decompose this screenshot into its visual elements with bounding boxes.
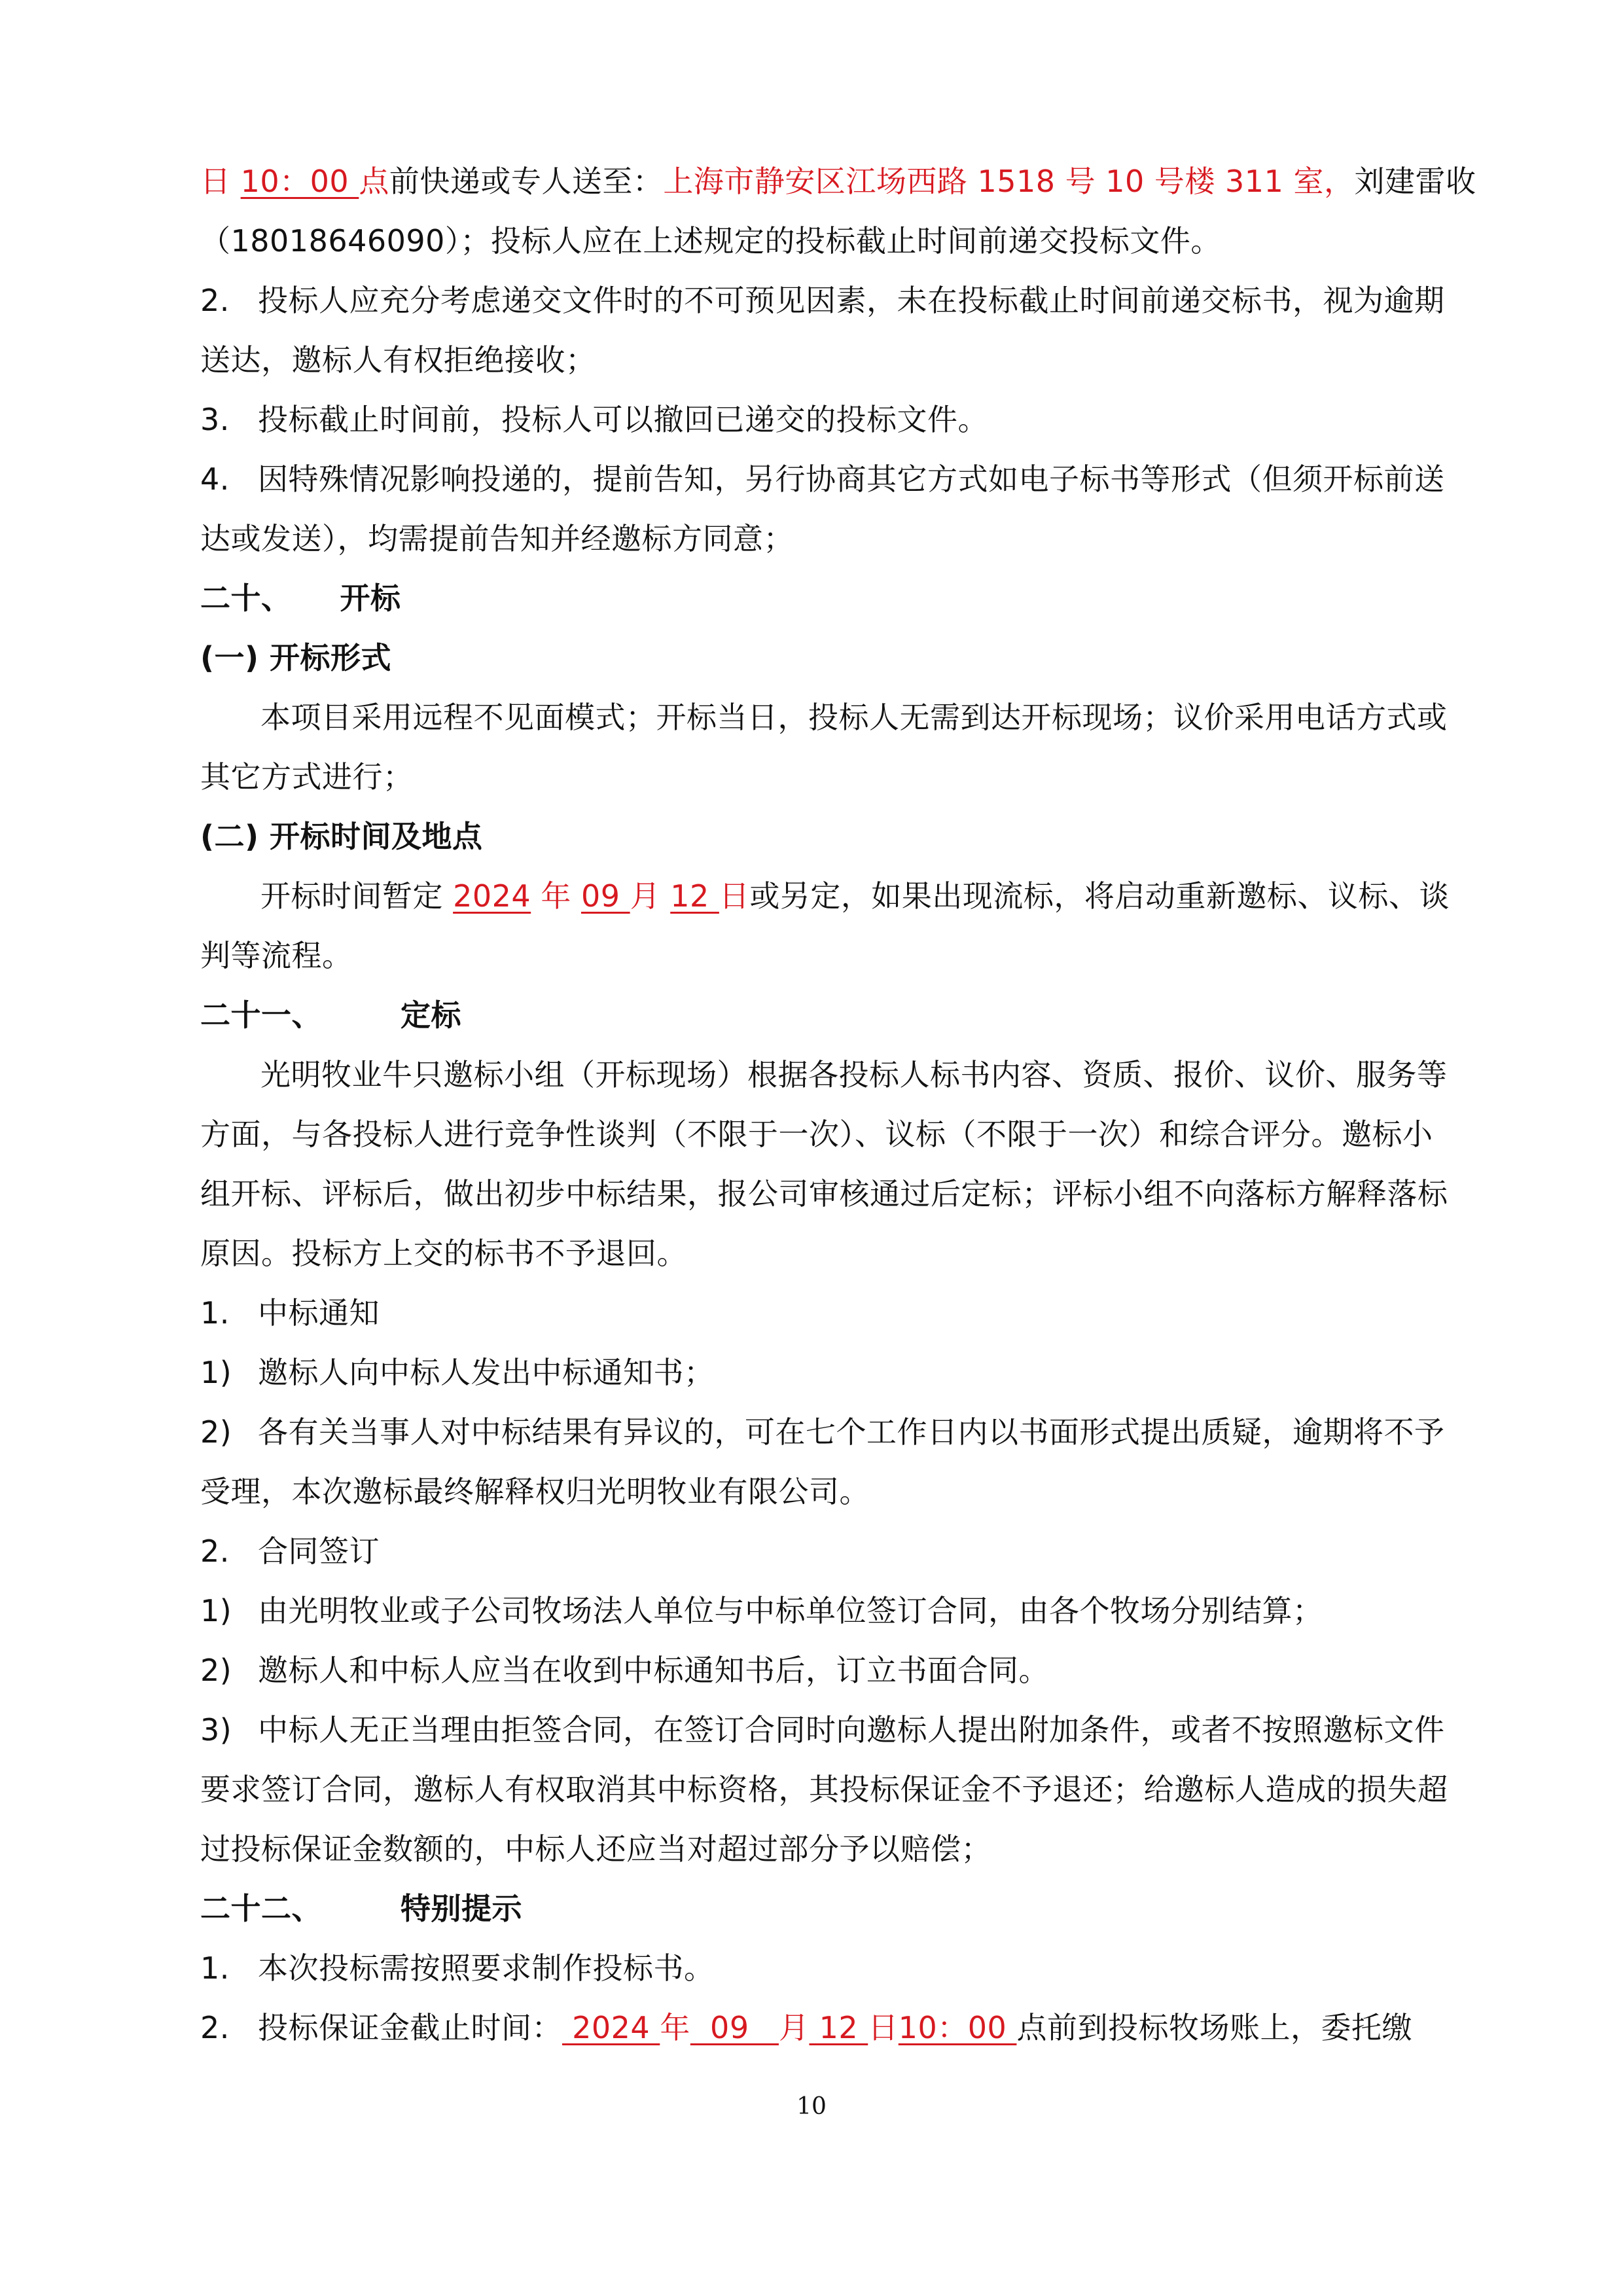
body-text: 方面，与各投标人进行竞争性谈判（不限于一次）、议标（不限于一次）和综合评分。邀标… bbox=[200, 1117, 1433, 1152]
list-number: 1. bbox=[200, 1283, 258, 1343]
deposit-month: 09 bbox=[690, 2010, 779, 2045]
date-text: 日 bbox=[719, 878, 750, 914]
list-item: 3.投标截止时间前，投标人可以撤回已递交的投标文件。 bbox=[200, 390, 1431, 450]
list-item: 2)各有关当事人对中标结果有异议的，可在七个工作日内以书面形式提出质疑，逾期将不… bbox=[200, 1403, 1431, 1462]
list-number: 1. bbox=[200, 1939, 258, 1998]
paragraph-line: 其它方式进行； bbox=[200, 747, 1431, 807]
list-number: 1) bbox=[200, 1581, 258, 1641]
list-number: 2. bbox=[200, 271, 258, 331]
date-text: 年 bbox=[660, 2010, 690, 2045]
body-text: 受理，本次邀标最终解释权归光明牧业有限公司。 bbox=[200, 1474, 870, 1509]
paragraph-line: 达或发送），均需提前告知并经邀标方同意； bbox=[200, 509, 1431, 569]
deposit-day: 12 bbox=[809, 2010, 868, 2045]
list-number: 2) bbox=[200, 1403, 258, 1462]
list-item: 4.因特殊情况影响投递的，提前告知，另行协商其它方式如电子标书等形式（但须开标前… bbox=[200, 450, 1431, 509]
body-text: 邀标人向中标人发出中标通知书； bbox=[258, 1355, 715, 1390]
date-text: 点 bbox=[359, 164, 389, 199]
list-number: 2) bbox=[200, 1641, 258, 1700]
deposit-year: 2024 bbox=[562, 2010, 660, 2045]
paragraph-line: 日 10：00 点前快递或专人送至：上海市静安区江场西路 1518 号 10 号… bbox=[200, 152, 1431, 211]
date-text: 月 bbox=[630, 878, 671, 914]
section-heading: 二十一、定标 bbox=[200, 986, 1431, 1045]
body-text: 前快递或专人送至： bbox=[389, 164, 664, 199]
section-title: 开标 bbox=[340, 581, 401, 616]
list-item: 1)由光明牧业或子公司牧场法人单位与中标单位签订合同，由各个牧场分别结算； bbox=[200, 1581, 1431, 1641]
delivery-address: 上海市静安区江场西路 1518 号 10 号楼 311 室， bbox=[663, 164, 1354, 199]
paragraph-line: 光明牧业牛只邀标小组（开标现场）根据各投标人标书内容、资质、报价、议价、服务等 bbox=[200, 1045, 1431, 1105]
body-text: （18018646090）；投标人应在上述规定的投标截止时间前递交投标文件。 bbox=[200, 223, 1221, 259]
body-text: 开标时间暂定 bbox=[260, 878, 453, 914]
subsection-heading: (二) 开标时间及地点 bbox=[200, 807, 1431, 867]
section-number: 二十一、 bbox=[200, 997, 322, 1033]
paragraph-line: （18018646090）；投标人应在上述规定的投标截止时间前递交投标文件。 bbox=[200, 211, 1431, 271]
body-text: 投标保证金截止时间： bbox=[258, 2010, 562, 2045]
date-text: 月 bbox=[779, 2010, 810, 2045]
body-text: 各有关当事人对中标结果有异议的，可在七个工作日内以书面形式提出质疑，逾期将不予 bbox=[258, 1414, 1445, 1450]
date-text: 日 bbox=[200, 164, 241, 199]
section-number: 二十二、 bbox=[200, 1891, 322, 1926]
body-text: 点前到投标牧场账上，委托缴 bbox=[1016, 2010, 1412, 2045]
list-number: 1) bbox=[200, 1343, 258, 1403]
list-item: 3)中标人无正当理由拒签合同，在签订合同时向邀标人提出附加条件，或者不按照邀标文… bbox=[200, 1700, 1431, 1760]
paragraph-line: 受理，本次邀标最终解释权归光明牧业有限公司。 bbox=[200, 1462, 1431, 1522]
deposit-time: 10：00 bbox=[899, 2010, 1017, 2045]
recipient-name: 刘建雷收 bbox=[1354, 164, 1476, 199]
body-text: 投标截止时间前，投标人可以撤回已递交的投标文件。 bbox=[258, 402, 988, 437]
list-item: 2.投标保证金截止时间： 2024 年 09 月 12 日10：00 点前到投标… bbox=[200, 1998, 1431, 2058]
body-text: 邀标人和中标人应当在收到中标通知书后，订立书面合同。 bbox=[258, 1653, 1049, 1688]
opening-year: 2024 bbox=[453, 878, 531, 914]
list-number: 3) bbox=[200, 1700, 258, 1760]
list-number: 2. bbox=[200, 1522, 258, 1581]
paragraph-line: 开标时间暂定 2024 年 09 月 12 日或另定，如果出现流标，将启动重新邀… bbox=[200, 867, 1431, 926]
list-item: 1.中标通知 bbox=[200, 1283, 1431, 1343]
body-text: 投标人应充分考虑递交文件时的不可预见因素，未在投标截止时间前递交标书，视为逾期 bbox=[258, 283, 1445, 318]
body-text: 由光明牧业或子公司牧场法人单位与中标单位签订合同，由各个牧场分别结算； bbox=[258, 1593, 1323, 1628]
paragraph-line: 判等流程。 bbox=[200, 926, 1431, 986]
body-text: 要求签订合同，邀标人有权取消其中标资格，其投标保证金不予退还；给邀标人造成的损失… bbox=[200, 1772, 1448, 1807]
list-item: 2)邀标人和中标人应当在收到中标通知书后，订立书面合同。 bbox=[200, 1641, 1431, 1700]
list-number: 3. bbox=[200, 390, 258, 450]
opening-month: 09 bbox=[581, 878, 630, 914]
list-item: 1.本次投标需按照要求制作投标书。 bbox=[200, 1939, 1431, 1998]
subsection-heading: (一) 开标形式 bbox=[200, 628, 1431, 688]
paragraph-line: 本项目采用远程不见面模式；开标当日，投标人无需到达开标现场；议价采用电话方式或 bbox=[200, 688, 1431, 747]
list-number: 2. bbox=[200, 1998, 258, 2058]
paragraph-line: 送达，邀标人有权拒绝接收； bbox=[200, 331, 1431, 390]
list-item: 2.投标人应充分考虑递交文件时的不可预见因素，未在投标截止时间前递交标书，视为逾… bbox=[200, 271, 1431, 331]
paragraph-line: 原因。投标方上交的标书不予退回。 bbox=[200, 1224, 1431, 1283]
list-number: 4. bbox=[200, 450, 258, 509]
body-text: 光明牧业牛只邀标小组（开标现场）根据各投标人标书内容、资质、报价、议价、服务等 bbox=[260, 1057, 1448, 1092]
section-number: 二十、 bbox=[200, 581, 292, 616]
body-text: 或另定，如果出现流标，将启动重新邀标、议标、谈 bbox=[749, 878, 1450, 914]
paragraph-line: 组开标、评标后，做出初步中标结果，报公司审核通过后定标；评标小组不向落标方解释落… bbox=[200, 1164, 1431, 1224]
body-text: 因特殊情况影响投递的，提前告知，另行协商其它方式如电子标书等形式（但须开标前送 bbox=[258, 461, 1445, 497]
body-text: 判等流程。 bbox=[200, 938, 353, 973]
paragraph-line: 方面，与各投标人进行竞争性谈判（不限于一次）、议标（不限于一次）和综合评分。邀标… bbox=[200, 1105, 1431, 1164]
body-text: 达或发送），均需提前告知并经邀标方同意； bbox=[200, 521, 794, 556]
date-text: 日 bbox=[868, 2010, 899, 2045]
body-text: 送达，邀标人有权拒绝接收； bbox=[200, 342, 596, 378]
body-text: 中标通知 bbox=[258, 1295, 380, 1331]
subsection-title: (二) 开标时间及地点 bbox=[200, 819, 483, 854]
section-heading: 二十二、特别提示 bbox=[200, 1879, 1431, 1939]
body-text: 过投标保证金数额的，中标人还应当对超过部分予以赔偿； bbox=[200, 1831, 991, 1867]
document-page: 日 10：00 点前快递或专人送至：上海市静安区江场西路 1518 号 10 号… bbox=[200, 152, 1431, 2058]
deadline-time: 10：00 bbox=[241, 164, 359, 199]
date-text: 年 bbox=[531, 878, 581, 914]
paragraph-line: 要求签订合同，邀标人有权取消其中标资格，其投标保证金不予退还；给邀标人造成的损失… bbox=[200, 1760, 1431, 1820]
list-item: 1)邀标人向中标人发出中标通知书； bbox=[200, 1343, 1431, 1403]
paragraph-line: 过投标保证金数额的，中标人还应当对超过部分予以赔偿； bbox=[200, 1820, 1431, 1879]
body-text: 本次投标需按照要求制作投标书。 bbox=[258, 1950, 715, 1986]
body-text: 原因。投标方上交的标书不予退回。 bbox=[200, 1236, 687, 1271]
body-text: 本项目采用远程不见面模式；开标当日，投标人无需到达开标现场；议价采用电话方式或 bbox=[260, 700, 1448, 735]
list-item: 2.合同签订 bbox=[200, 1522, 1431, 1581]
opening-day: 12 bbox=[670, 878, 719, 914]
body-text: 组开标、评标后，做出初步中标结果，报公司审核通过后定标；评标小组不向落标方解释落… bbox=[200, 1176, 1448, 1211]
section-title: 特别提示 bbox=[401, 1891, 522, 1926]
section-title: 定标 bbox=[401, 997, 461, 1033]
body-text: 其它方式进行； bbox=[200, 759, 414, 795]
body-text: 合同签订 bbox=[258, 1534, 380, 1569]
section-heading: 二十、开标 bbox=[200, 569, 1431, 628]
body-text: 中标人无正当理由拒签合同，在签订合同时向邀标人提出附加条件，或者不按照邀标文件 bbox=[258, 1712, 1445, 1748]
page-number: 10 bbox=[0, 2093, 1623, 2120]
subsection-title: (一) 开标形式 bbox=[200, 640, 391, 675]
